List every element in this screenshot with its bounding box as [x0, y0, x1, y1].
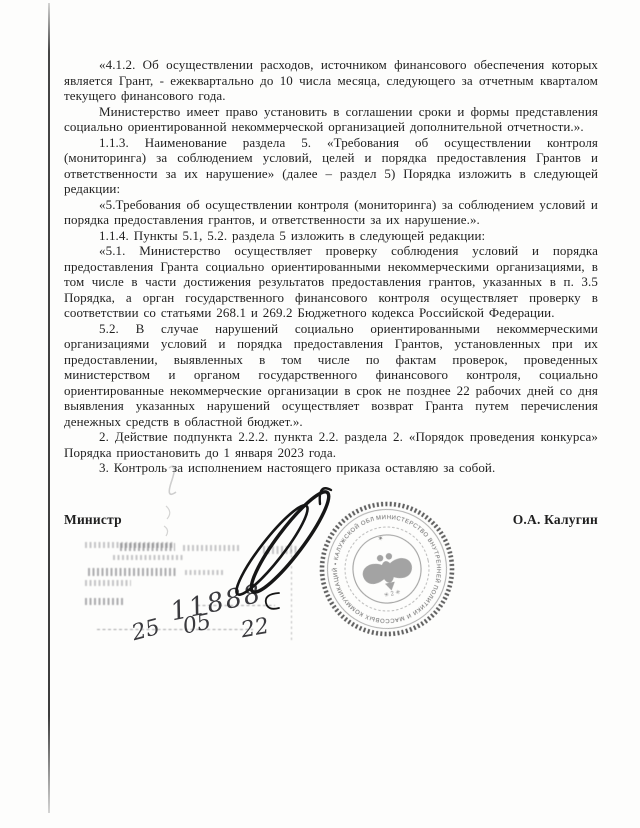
seal-inner-mark: ✳ 2 ✳ [383, 589, 401, 599]
document-page: «4.1.2. Об осуществлении расходов, источ… [0, 0, 640, 828]
double-headed-eagle-icon [359, 549, 416, 596]
paragraph: «4.1.2. Об осуществлении расходов, источ… [64, 57, 598, 104]
ghost-text-row [85, 598, 125, 605]
paragraph: 1.1.4. Пункты 5.1, 5.2. раздела 5 изложи… [64, 228, 598, 244]
ghost-text-row [120, 543, 175, 551]
document-body: «4.1.2. Об осуществлении расходов, источ… [64, 57, 598, 476]
paragraph: 1.1.3. Наименование раздела 5. «Требован… [64, 135, 598, 197]
paragraph: Министерство имеет право установить в со… [64, 104, 598, 135]
ghost-text-row [85, 580, 131, 586]
ghost-underline [97, 629, 253, 630]
paragraph: 5.2. В случае нарушений социально ориент… [64, 321, 598, 430]
handwritten-date-year: 22 [239, 614, 271, 643]
scan-fold-line [48, 3, 50, 813]
paragraph: 2. Действие подпункта 2.2.2. пункта 2.2.… [64, 429, 598, 460]
signatory-title: Министр [64, 512, 122, 528]
ghost-text-row [113, 555, 185, 560]
paragraph: «5.Требования об осуществлении контроля … [64, 197, 598, 228]
signatory-name: О.А. Калугин [513, 512, 598, 528]
faint-ink-squiggle [155, 462, 189, 542]
paragraph: «5.1. Министерство осуществляет проверку… [64, 243, 598, 321]
official-round-seal: МИНИСТЕРСТВО ВНУТРЕННЕЙ ПОЛИТИКИ И МАССО… [316, 498, 458, 640]
paragraph: 3. Контроль за исполнением настоящего пр… [64, 460, 598, 476]
ghost-text-row [88, 568, 176, 576]
